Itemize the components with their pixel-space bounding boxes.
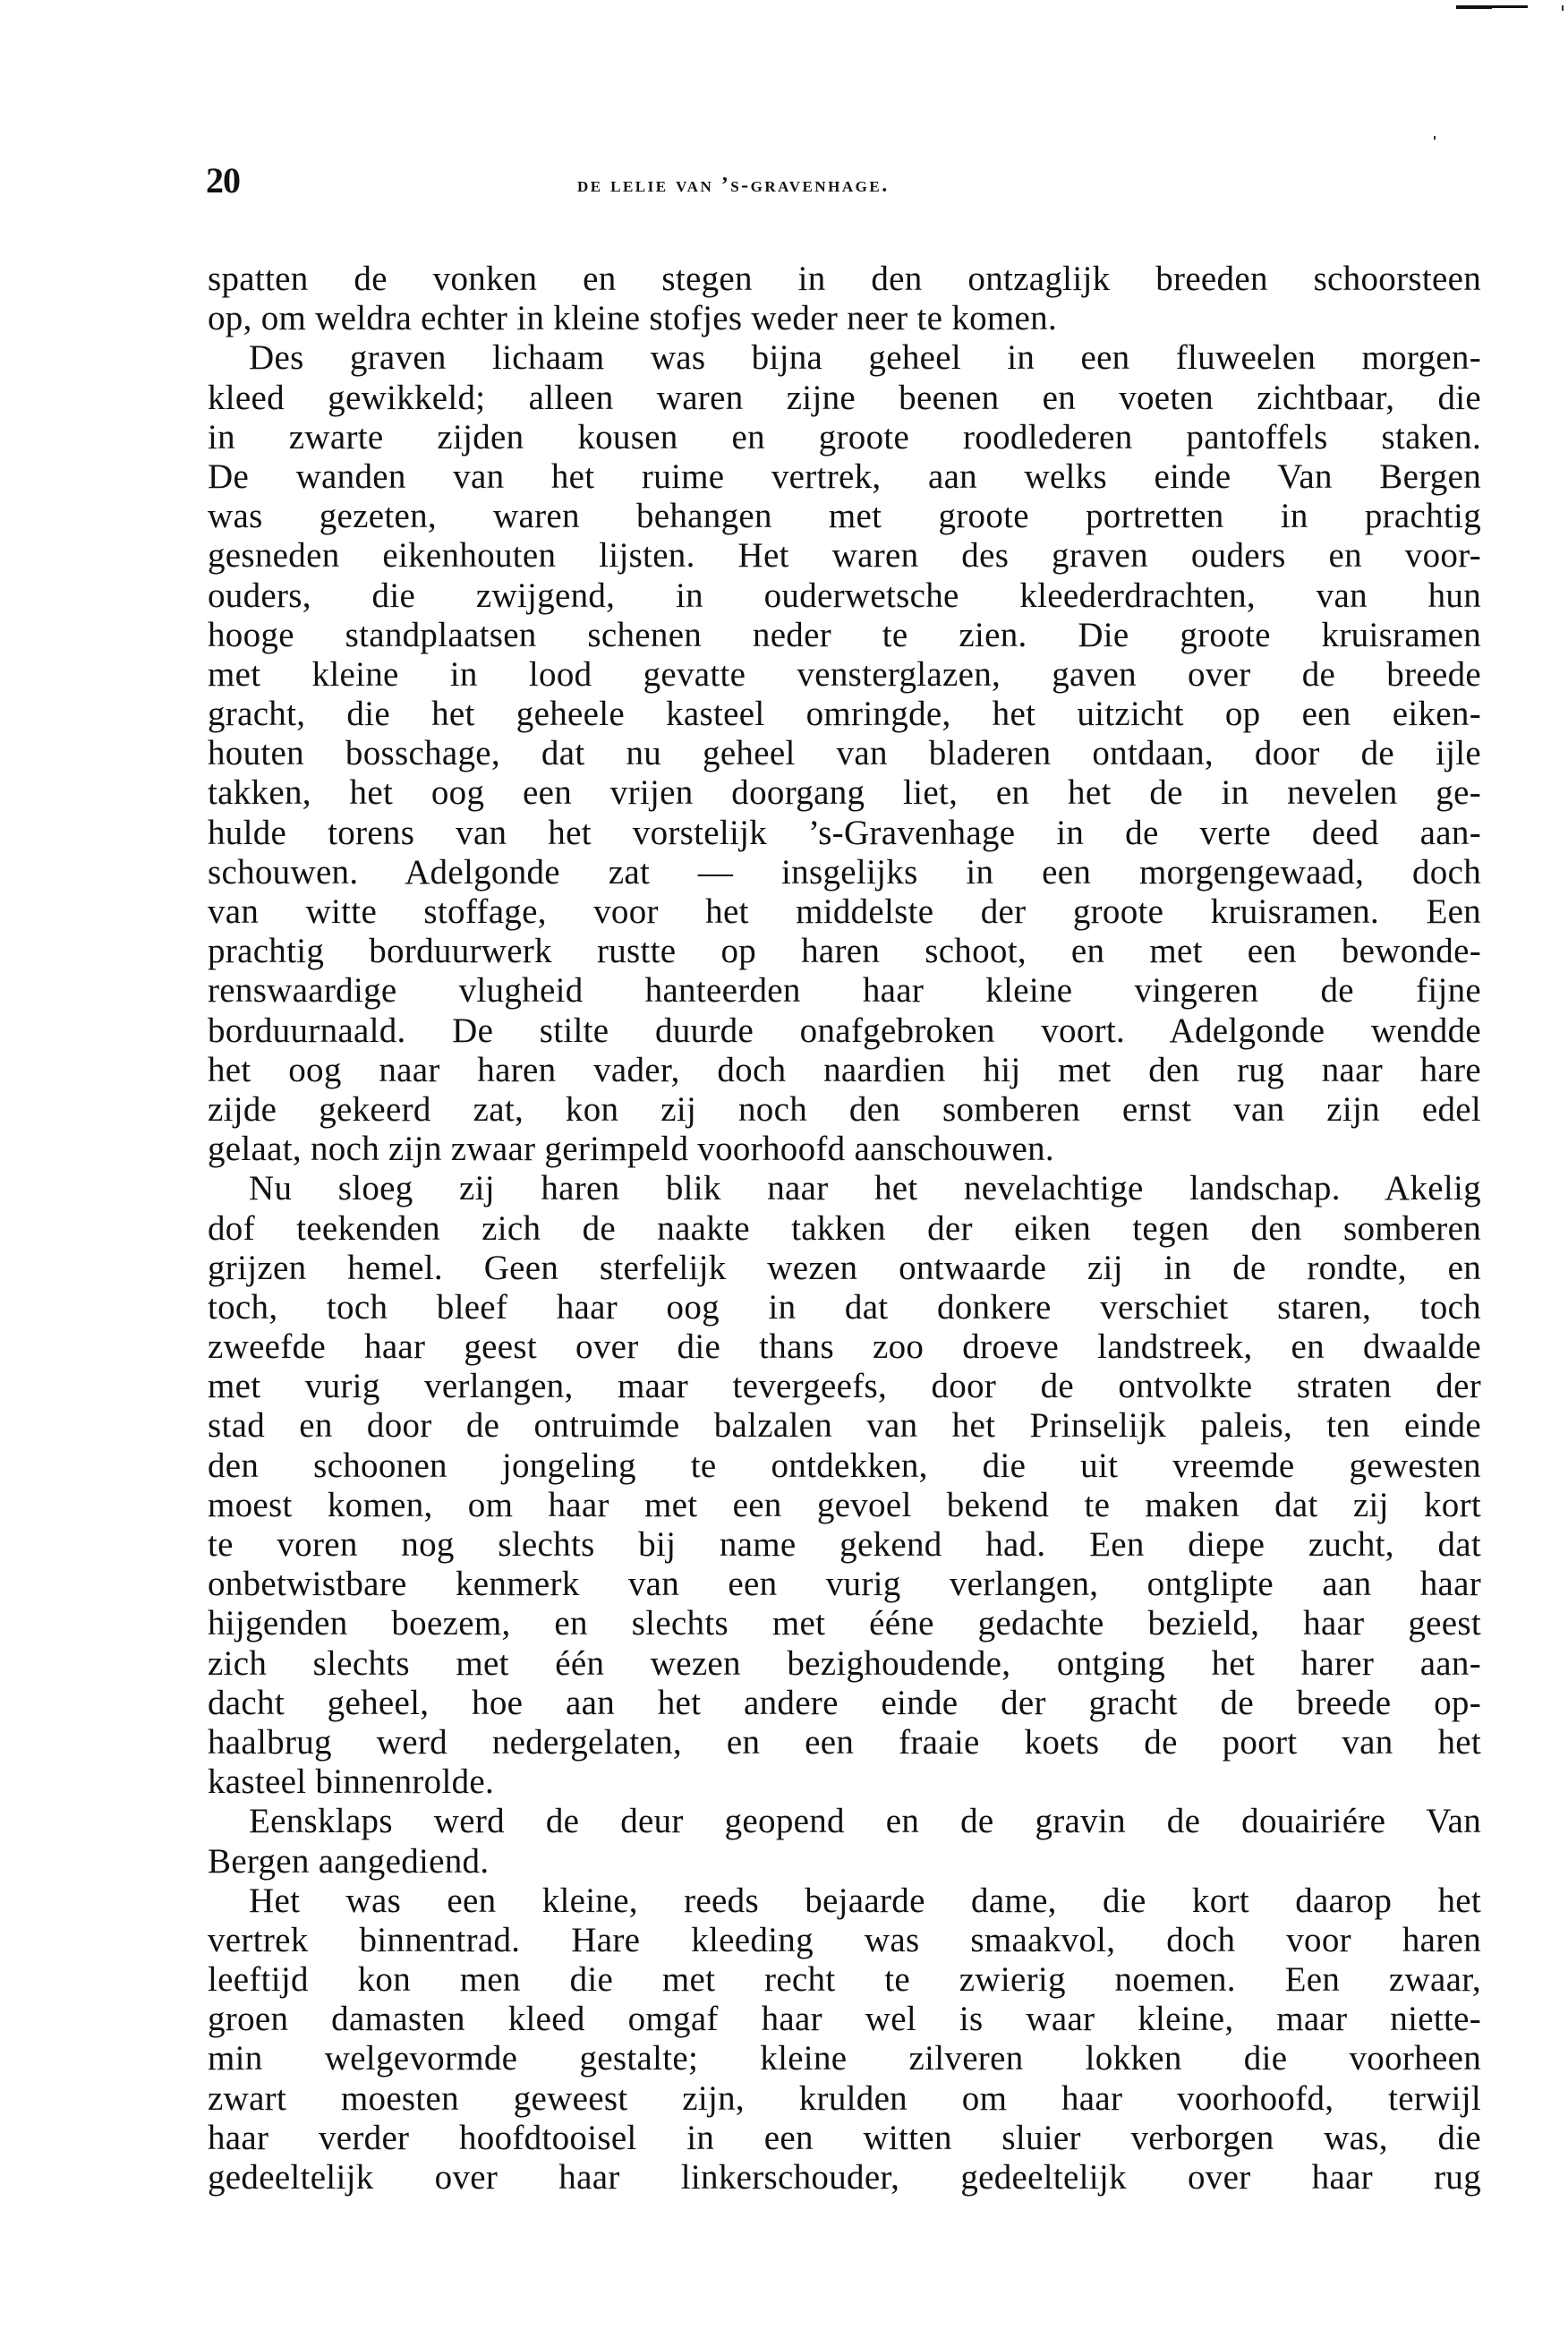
text-line: hulde torens van het vorstelijk ’s-Grave… <box>208 814 1481 853</box>
paragraph-start-line: Het was een kleine, reeds bejaarde dame,… <box>208 1881 1481 1921</box>
text-line: gracht, die het geheele kasteel omringde… <box>208 695 1481 734</box>
text-line: zich slechts met één wezen bezighoudende… <box>208 1644 1481 1684</box>
text-line: zwart moesten geweest zijn, krulden om h… <box>208 2079 1481 2119</box>
text-line: groen damasten kleed omgaf haar wel is w… <box>208 2000 1481 2039</box>
text-line: kasteel binnenrolde. <box>208 1762 1481 1802</box>
text-line: Bergen aangediend. <box>208 1842 1481 1881</box>
running-title: DE LELIE VAN ’S-GRAVENHAGE. <box>577 174 890 197</box>
body-text: spatten de vonken en stegen in den ontza… <box>208 260 1481 2197</box>
text-line: kleed gewikkeld; alleen waren zijne been… <box>208 379 1481 418</box>
text-line: was gezeten, waren behangen met groote p… <box>208 497 1481 536</box>
text-line: hijgenden boezem, en slechts met ééne ge… <box>208 1604 1481 1643</box>
text-line: onbetwistbare kenmerk van een vurig verl… <box>208 1565 1481 1604</box>
text-line: De wanden van het ruime vertrek, aan wel… <box>208 457 1481 497</box>
text-line: gelaat, noch zijn zwaar gerimpeld voorho… <box>208 1130 1481 1169</box>
text-line: gesneden eikenhouten lijsten. Het waren … <box>208 536 1481 576</box>
text-line: zijde gekeerd zat, kon zij noch den somb… <box>208 1090 1481 1130</box>
text-line: houten bosschage, dat nu geheel van blad… <box>208 734 1481 773</box>
text-line: met kleine in lood gevatte vensterglazen… <box>208 655 1481 695</box>
text-line: prachtig borduurwerk rustte op haren sch… <box>208 932 1481 971</box>
page-number: 20 <box>206 163 240 199</box>
text-line: dof teekenden zich de naakte takken der … <box>208 1209 1481 1249</box>
text-line: den schoonen jongeling te ontdekken, die… <box>208 1446 1481 1486</box>
text-line: het oog naar haren vader, doch naardien … <box>208 1051 1481 1090</box>
text-line: vertrek binnentrad. Hare kleeding was sm… <box>208 1921 1481 1960</box>
text-line: renswaardige vlugheid hanteerden haar kl… <box>208 971 1481 1011</box>
running-head: 20 DE LELIE VAN ’S-GRAVENHAGE. <box>206 161 1481 206</box>
text-line: leeftijd kon men die met recht te zwieri… <box>208 1960 1481 2000</box>
text-line: op, om weldra echter in kleine stofjes w… <box>208 299 1481 338</box>
text-line: in zwarte zijden kousen en groote roodle… <box>208 418 1481 457</box>
text-line: ouders, die zwijgend, in ouderwetsche kl… <box>208 576 1481 616</box>
scan-artifact-tick <box>1562 5 1564 11</box>
text-line: haar verder hoofdtooisel in een witten s… <box>208 2119 1481 2158</box>
text-line: schouwen. Adelgonde zat — insgelijks in … <box>208 853 1481 892</box>
text-line: min welgevormde gestalte; kleine zilvere… <box>208 2039 1481 2078</box>
text-line: moest komen, om haar met een gevoel beke… <box>208 1486 1481 1525</box>
paragraph-start-line: Des graven lichaam was bijna geheel in e… <box>208 338 1481 378</box>
text-line: zweefde haar geest over die thans zoo dr… <box>208 1327 1481 1367</box>
text-line: haalbrug werd nedergelaten, en een fraai… <box>208 1723 1481 1762</box>
text-line: te voren nog slechts bij name gekend had… <box>208 1525 1481 1565</box>
text-line: met vurig verlangen, maar tevergeefs, do… <box>208 1367 1481 1406</box>
text-line: toch, toch bleef haar oog in dat donkere… <box>208 1288 1481 1327</box>
text-line: borduurnaald. De stilte duurde onafgebro… <box>208 1011 1481 1051</box>
text-line: van witte stoffage, voor het middelste d… <box>208 892 1481 932</box>
scan-artifact-dot <box>1434 136 1436 140</box>
paragraph-start-line: Eensklaps werd de deur geopend en de gra… <box>208 1802 1481 1841</box>
text-line: grijzen hemel. Geen sterfelijk wezen ont… <box>208 1249 1481 1288</box>
paragraph-start-line: Nu sloeg zij haren blik naar het nevelac… <box>208 1169 1481 1208</box>
text-line: spatten de vonken en stegen in den ontza… <box>208 260 1481 299</box>
text-line: hooge standplaatsen schenen neder te zie… <box>208 616 1481 655</box>
scan-artifact-rule <box>1456 5 1528 8</box>
text-line: stad en door de ontruimde balzalen van h… <box>208 1406 1481 1446</box>
text-line: dacht geheel, hoe aan het andere einde d… <box>208 1684 1481 1723</box>
text-line: gedeeltelijk over haar linkerschouder, g… <box>208 2158 1481 2197</box>
text-line: takken, het oog een vrijen doorgang liet… <box>208 773 1481 813</box>
